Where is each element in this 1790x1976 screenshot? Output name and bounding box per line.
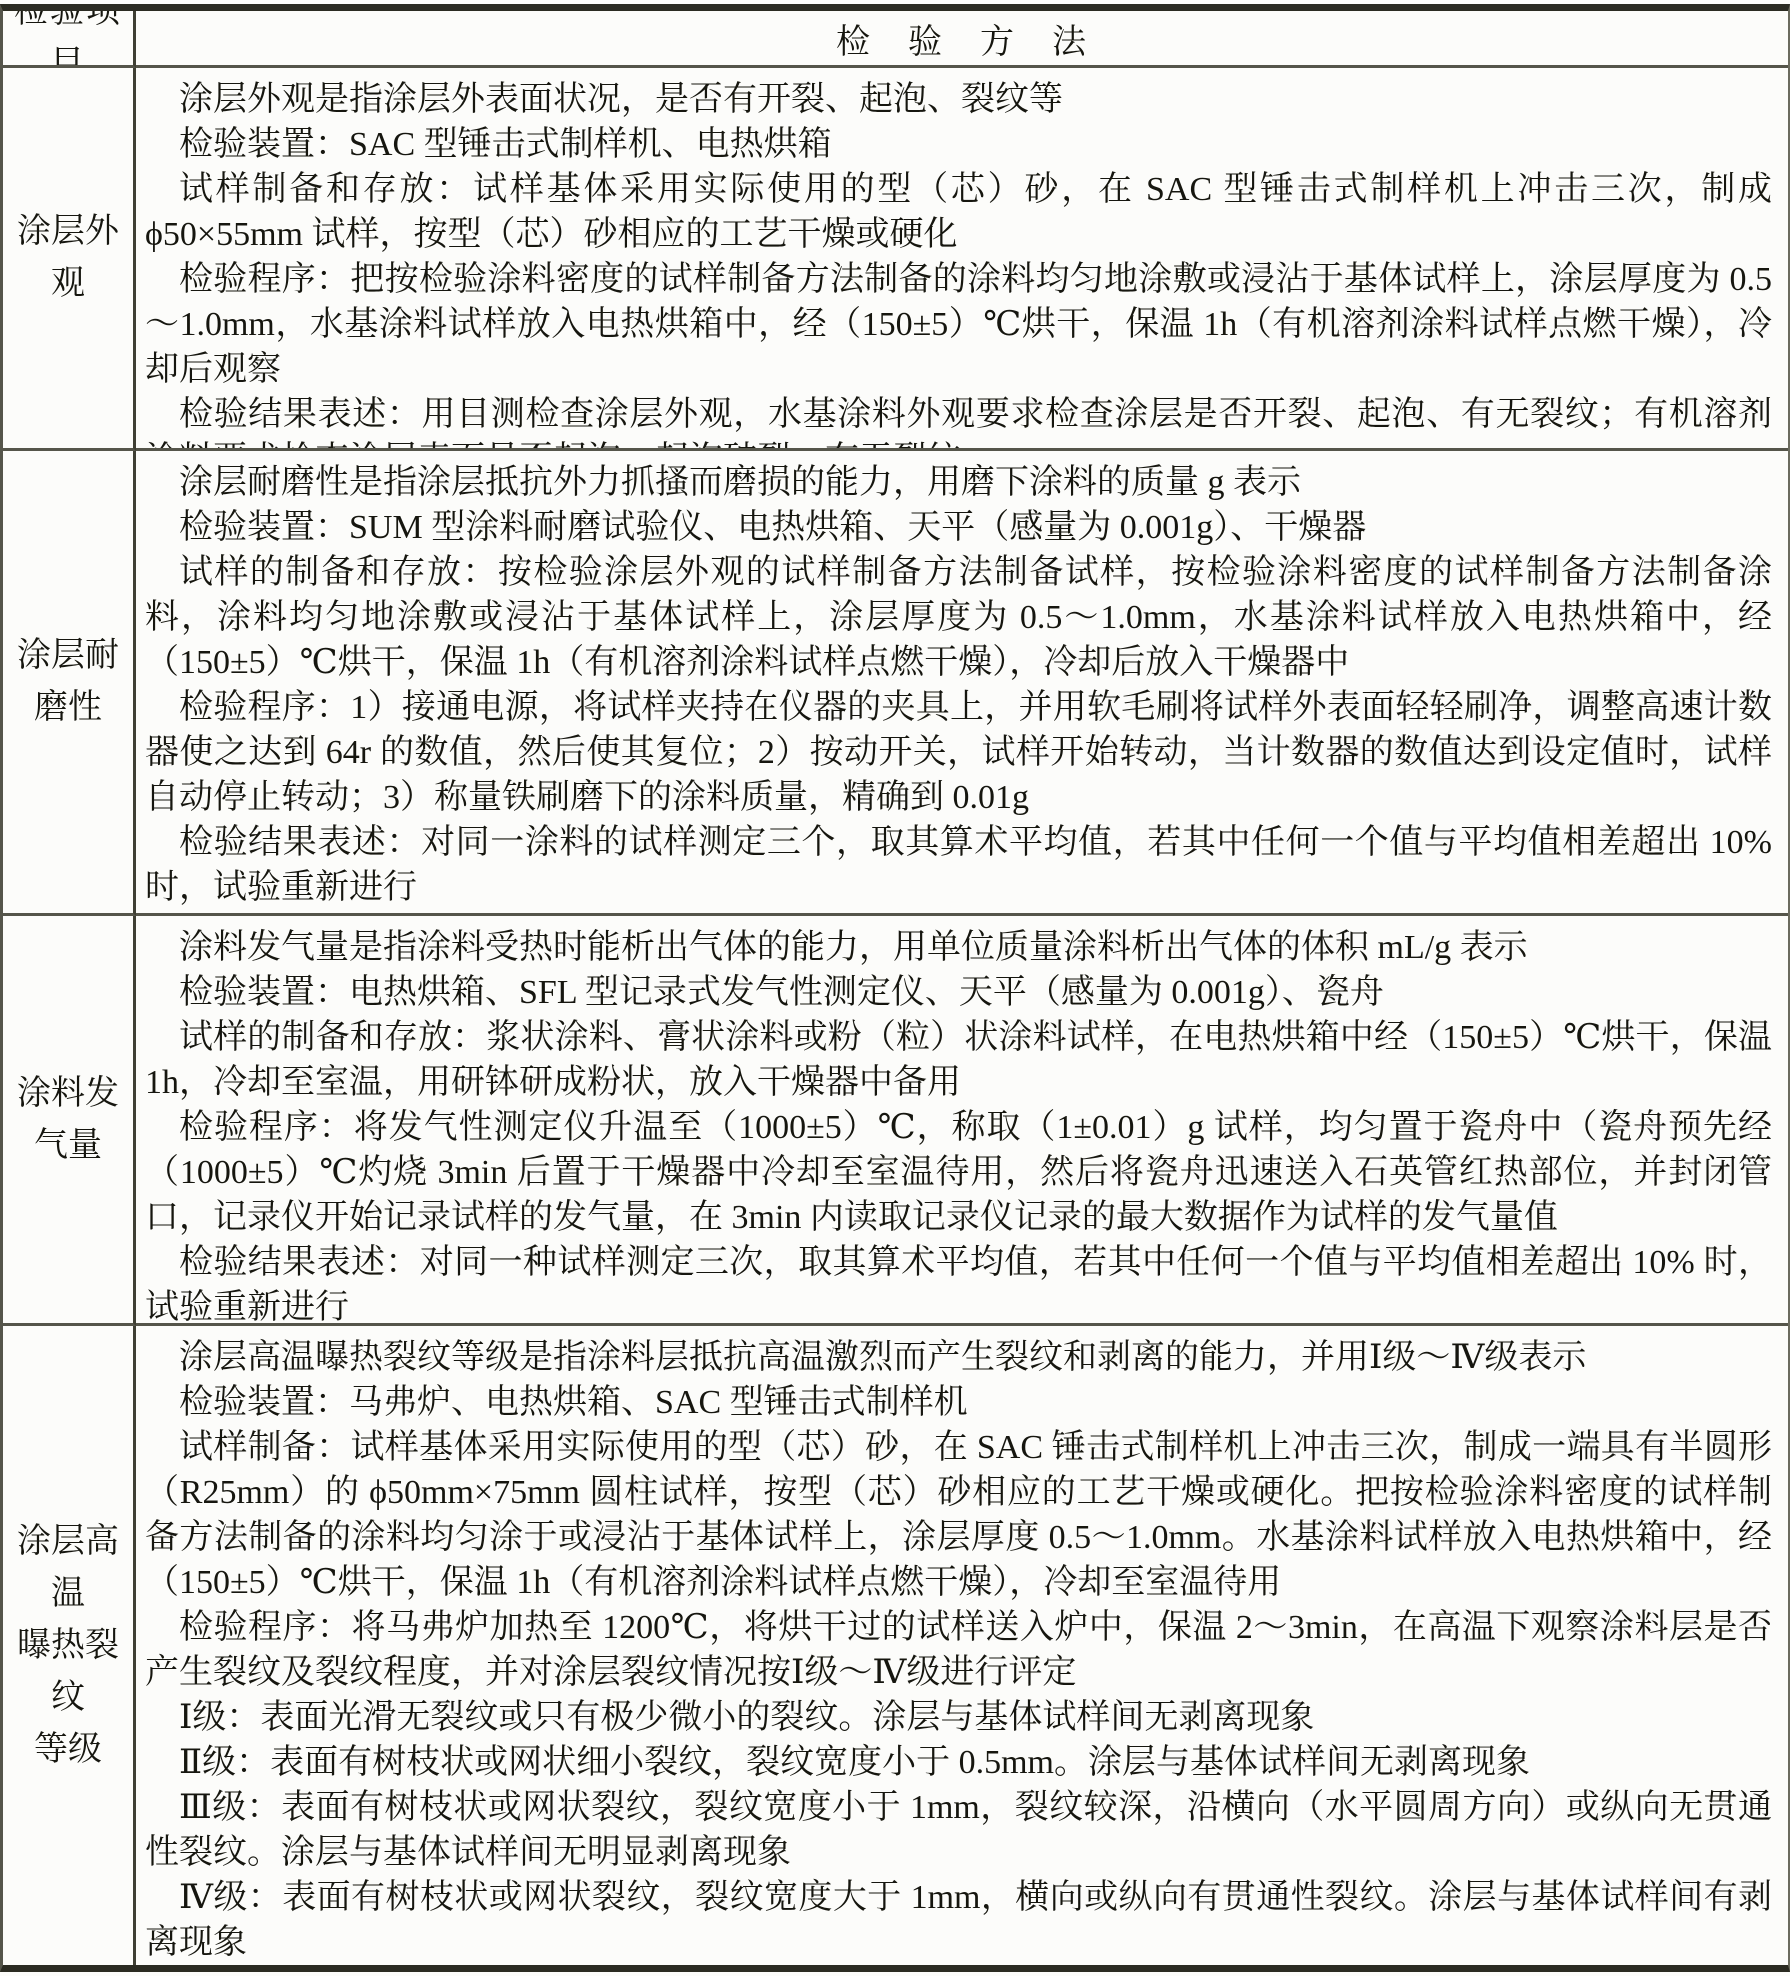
paragraph: 检验结果表述：对同一种试样测定三次，取其算术平均值，若其中任何一个值与平均值相差… (145, 1240, 1772, 1326)
paragraph: 检验程序：将马弗炉加热至 1200℃，将烘干过的试样送入炉中，保温 2～3min… (145, 1605, 1772, 1695)
paragraph: Ⅲ级：表面有树枝状或网状裂纹，裂纹宽度小于 1mm，裂纹较深，沿横向（水平圆周方… (145, 1785, 1772, 1875)
column-header-inspection-item: 检验项目 (3, 11, 136, 68)
method-cell-crack-grade: 涂层高温曝热裂纹等级是指涂料层抵抗高温激烈而产生裂纹和剥离的能力，并用Ⅰ级～Ⅳ级… (136, 1326, 1788, 1965)
paragraph: 检验结果表述：用目测检查涂层外观，水基涂料外观要求检查涂层是否开裂、起泡、有无裂… (145, 392, 1772, 451)
column-header-inspection-method: 检 验 方 法 (136, 11, 1788, 68)
paragraph: 涂层耐磨性是指涂层抵抗外力抓搔而磨损的能力，用磨下涂料的质量 g 表示 (145, 460, 1772, 505)
paragraph: 检验程序：1）接通电源，将试样夹持在仪器的夹具上，并用软毛刷将试样外表面轻轻刷净… (145, 685, 1772, 820)
inspection-methods-table: 检验项目 检 验 方 法 涂层外观 涂层外观是指涂层外表面状况，是否有开裂、起泡… (0, 4, 1790, 1972)
method-cell-gas-evolution: 涂料发气量是指涂料受热时能析出气体的能力，用单位质量涂料析出气体的体积 mL/g… (136, 916, 1788, 1326)
row-label-crack-grade: 涂层高温 曝热裂纹 等级 (3, 1326, 136, 1965)
paragraph: 涂层外观是指涂层外表面状况，是否有开裂、起泡、裂纹等 (145, 77, 1772, 122)
row-label-wear-resistance: 涂层耐 磨性 (3, 451, 136, 916)
paragraph: 试样制备：试样基体采用实际使用的型（芯）砂，在 SAC 锤击式制样机上冲击三次，… (145, 1425, 1772, 1605)
paragraph: 试样的制备和存放：浆状涂料、膏状涂料或粉（粒）状涂料试样，在电热烘箱中经（150… (145, 1015, 1772, 1105)
paragraph: 试样制备和存放：试样基体采用实际使用的型（芯）砂，在 SAC 型锤击式制样机上冲… (145, 167, 1772, 257)
row-label-coating-appearance: 涂层外观 (3, 68, 136, 451)
paragraph: Ⅱ级：表面有树枝状或网状细小裂纹，裂纹宽度小于 0.5mm。涂层与基体试样间无剥… (145, 1740, 1772, 1785)
method-cell-coating-appearance: 涂层外观是指涂层外表面状况，是否有开裂、起泡、裂纹等 检验装置：SAC 型锤击式… (136, 68, 1788, 451)
paragraph: Ⅳ级：表面有树枝状或网状裂纹，裂纹宽度大于 1mm，横向或纵向有贯通性裂纹。涂层… (145, 1875, 1772, 1965)
paragraph: 检验装置：电热烘箱、SFL 型记录式发气性测定仪、天平（感量为 0.001g）、… (145, 970, 1772, 1015)
paragraph: Ⅰ级：表面光滑无裂纹或只有极少微小的裂纹。涂层与基体试样间无剥离现象 (145, 1695, 1772, 1740)
paragraph: 检验程序：将发气性测定仪升温至（1000±5）℃，称取（1±0.01）g 试样，… (145, 1105, 1772, 1240)
paragraph: 检验装置：SAC 型锤击式制样机、电热烘箱 (145, 122, 1772, 167)
paragraph: 试样的制备和存放：按检验涂层外观的试样制备方法制备试样，按检验涂料密度的试样制备… (145, 550, 1772, 685)
paragraph: 检验装置：SUM 型涂料耐磨试验仪、电热烘箱、天平（感量为 0.001g）、干燥… (145, 505, 1772, 550)
paragraph: 涂层高温曝热裂纹等级是指涂料层抵抗高温激烈而产生裂纹和剥离的能力，并用Ⅰ级～Ⅳ级… (145, 1335, 1772, 1380)
row-label-gas-evolution: 涂料发 气量 (3, 916, 136, 1326)
paragraph: 涂料发气量是指涂料受热时能析出气体的能力，用单位质量涂料析出气体的体积 mL/g… (145, 925, 1772, 970)
method-cell-wear-resistance: 涂层耐磨性是指涂层抵抗外力抓搔而磨损的能力，用磨下涂料的质量 g 表示 检验装置… (136, 451, 1788, 916)
scanned-document-page: 检验项目 检 验 方 法 涂层外观 涂层外观是指涂层外表面状况，是否有开裂、起泡… (0, 0, 1790, 1976)
paragraph: 检验装置：马弗炉、电热烘箱、SAC 型锤击式制样机 (145, 1380, 1772, 1425)
paragraph: 检验结果表述：对同一涂料的试样测定三个，取其算术平均值，若其中任何一个值与平均值… (145, 820, 1772, 910)
paragraph: 检验程序：把按检验涂料密度的试样制备方法制备的涂料均匀地涂敷或浸沾于基体试样上，… (145, 257, 1772, 392)
